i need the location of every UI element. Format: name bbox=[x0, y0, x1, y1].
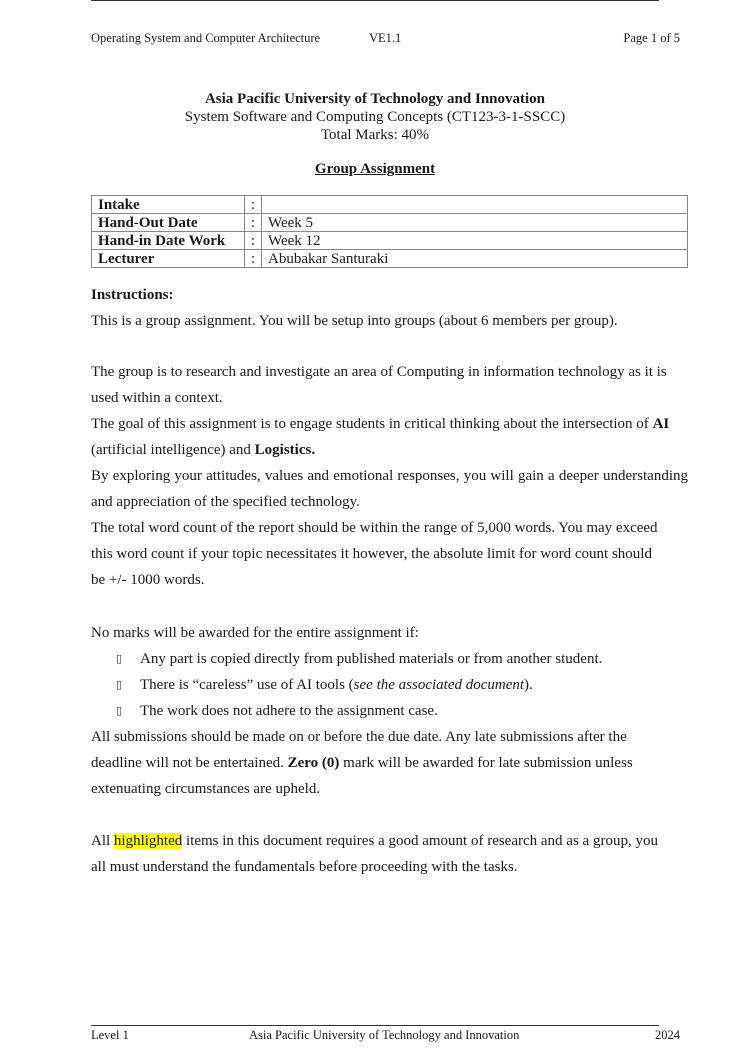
title-block: Asia Pacific University of Technology an… bbox=[0, 90, 750, 144]
instructions-section: Instructions: This is a group assignment… bbox=[91, 282, 688, 334]
submission-line-3: extenuating circumstances are upheld. bbox=[91, 776, 688, 802]
paragraph-context: The group is to research and investigate… bbox=[91, 359, 688, 411]
assignment-info-table: Intake : Hand-Out Date : Week 5 Hand-in … bbox=[91, 195, 688, 268]
submission-text-end: mark will be awarded for late submission… bbox=[339, 755, 632, 771]
bullet-icon: ▯ bbox=[116, 672, 122, 698]
list-item-text-end: ). bbox=[524, 677, 533, 693]
footer-rule bbox=[91, 1025, 659, 1026]
instructions-body: The group is to research and investigate… bbox=[91, 359, 688, 593]
info-value: Abubakar Santuraki bbox=[262, 250, 688, 268]
page-header: Operating System and Computer Architectu… bbox=[91, 31, 680, 47]
header-rule bbox=[91, 0, 659, 1]
table-row: Intake : bbox=[92, 196, 688, 214]
no-marks-list: ▯ Any part is copied directly from publi… bbox=[91, 646, 688, 724]
info-separator: : bbox=[245, 196, 262, 214]
header-page-number: Page 1 of 5 bbox=[623, 31, 680, 46]
submission-text: deadline will not be entertained. bbox=[91, 755, 288, 771]
list-item: ▯ There is “careless” use of AI tools (s… bbox=[91, 672, 688, 698]
info-label: Intake bbox=[92, 196, 245, 214]
note-text: All bbox=[91, 833, 114, 849]
associated-document-reference: see the associated document bbox=[354, 677, 524, 693]
paragraph-word-count-2: this word count if your topic necessitat… bbox=[91, 541, 688, 567]
footer-level: Level 1 bbox=[91, 1028, 129, 1043]
list-item-text: Any part is copied directly from publish… bbox=[140, 651, 602, 667]
list-item: ▯ Any part is copied directly from publi… bbox=[91, 646, 688, 672]
module-name: System Software and Computing Concepts (… bbox=[0, 108, 750, 126]
table-row: Hand-Out Date : Week 5 bbox=[92, 214, 688, 232]
total-marks: Total Marks: 40% bbox=[0, 126, 750, 144]
highlighted-word: highlighted bbox=[114, 833, 182, 849]
info-value bbox=[262, 196, 688, 214]
note-text-end: items in this document requires a good a… bbox=[182, 833, 658, 849]
university-name: Asia Pacific University of Technology an… bbox=[0, 90, 750, 108]
no-marks-intro: No marks will be awarded for the entire … bbox=[91, 620, 688, 646]
info-label: Hand-in Date Work bbox=[92, 232, 245, 250]
list-item-text: The work does not adhere to the assignme… bbox=[140, 703, 438, 719]
bullet-icon: ▯ bbox=[116, 646, 122, 672]
zero-mark-bold: Zero (0) bbox=[288, 755, 340, 771]
table-row: Hand-in Date Work : Week 12 bbox=[92, 232, 688, 250]
list-item-text: There is “careless” use of AI tools ( bbox=[140, 677, 354, 693]
goal-text-middle: (artificial intelligence) and bbox=[91, 442, 255, 458]
footer-university: Asia Pacific University of Technology an… bbox=[249, 1028, 519, 1043]
list-item: ▯ The work does not adhere to the assign… bbox=[91, 698, 688, 724]
page-footer: Level 1 Asia Pacific University of Techn… bbox=[91, 1028, 680, 1044]
goal-ai-bold: AI bbox=[653, 416, 670, 432]
header-course-name: Operating System and Computer Architectu… bbox=[91, 31, 320, 46]
goal-logistics-bold: Logistics. bbox=[255, 442, 315, 458]
paragraph-word-count-3: be +/- 1000 words. bbox=[91, 567, 688, 593]
instructions-heading: Instructions: bbox=[91, 282, 688, 308]
paragraph-goal: The goal of this assignment is to engage… bbox=[91, 411, 688, 463]
highlight-note-section: All highlighted items in this document r… bbox=[91, 828, 688, 880]
footer-year: 2024 bbox=[655, 1028, 680, 1043]
info-separator: : bbox=[245, 232, 262, 250]
info-value: Week 12 bbox=[262, 232, 688, 250]
assignment-title: Group Assignment bbox=[0, 161, 750, 178]
header-version: VE1.1 bbox=[369, 31, 401, 46]
no-marks-section: No marks will be awarded for the entire … bbox=[91, 620, 688, 802]
instructions-intro: This is a group assignment. You will be … bbox=[91, 308, 688, 334]
submission-line-2: deadline will not be entertained. Zero (… bbox=[91, 750, 688, 776]
table-row: Lecturer : Abubakar Santuraki bbox=[92, 250, 688, 268]
highlight-note-line-2: all must understand the fundamentals bef… bbox=[91, 854, 688, 880]
info-label: Hand-Out Date bbox=[92, 214, 245, 232]
paragraph-exploring: By exploring your attitudes, values and … bbox=[91, 463, 688, 515]
highlight-note-line-1: All highlighted items in this document r… bbox=[91, 828, 688, 854]
paragraph-word-count-1: The total word count of the report shoul… bbox=[91, 515, 688, 541]
goal-text: The goal of this assignment is to engage… bbox=[91, 416, 653, 432]
info-separator: : bbox=[245, 214, 262, 232]
submission-line-1: All submissions should be made on or bef… bbox=[91, 724, 688, 750]
info-label: Lecturer bbox=[92, 250, 245, 268]
bullet-icon: ▯ bbox=[116, 698, 122, 724]
info-separator: : bbox=[245, 250, 262, 268]
info-value: Week 5 bbox=[262, 214, 688, 232]
